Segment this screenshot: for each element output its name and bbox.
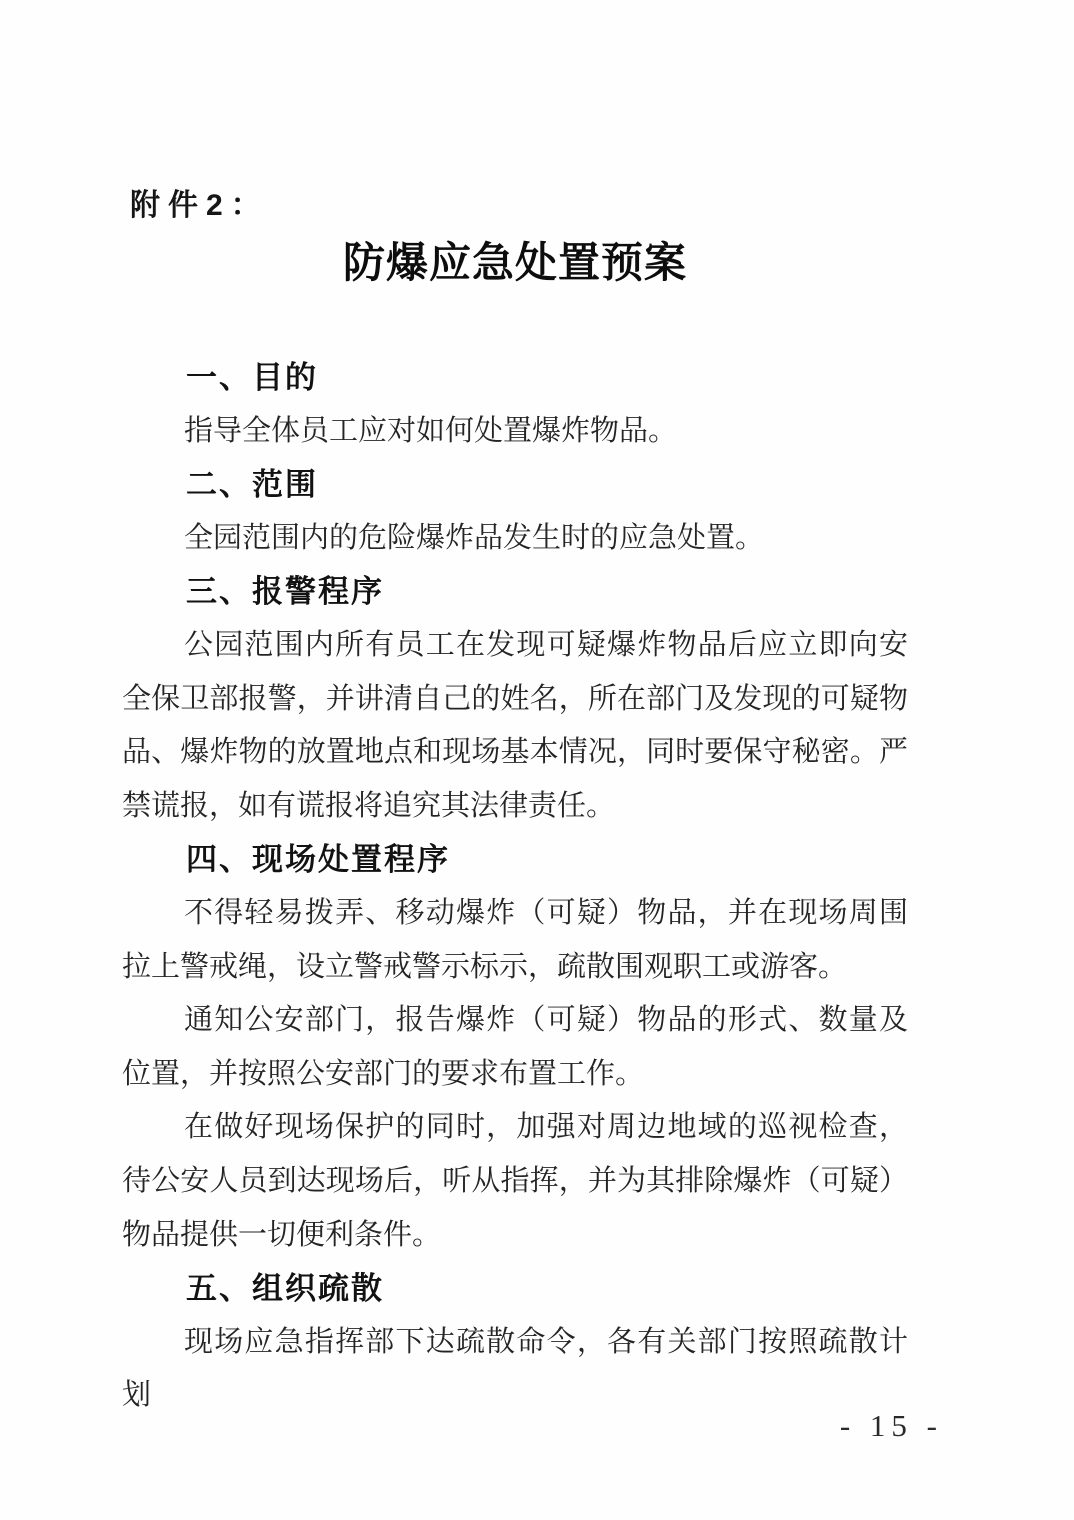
section-paragraph: 全园范围内的危险爆炸品发生时的应急处置。 bbox=[122, 512, 908, 566]
page-number: - 15 - bbox=[840, 1408, 943, 1444]
section-paragraph: 现场应急指挥部下达疏散命令，各有关部门按照疏散计划 bbox=[122, 1316, 908, 1423]
section-paragraph: 通知公安部门，报告爆炸（可疑）物品的形式、数量及位置，并按照公安部门的要求布置工… bbox=[122, 994, 908, 1101]
section-heading-purpose: 一、目的 bbox=[122, 351, 908, 405]
section-paragraph: 在做好现场保护的同时，加强对周边地域的巡视检查，待公安人员到达现场后，听从指挥，… bbox=[122, 1101, 908, 1262]
section-paragraph: 指导全体员工应对如何处置爆炸物品。 bbox=[122, 405, 908, 459]
section-heading-alarm-procedure: 三、报警程序 bbox=[122, 565, 908, 619]
section-heading-scope: 二、范围 bbox=[122, 458, 908, 512]
section-heading-evacuation: 五、组织疏散 bbox=[122, 1262, 908, 1316]
document-body: 一、目的 指导全体员工应对如何处置爆炸物品。 二、范围 全园范围内的危险爆炸品发… bbox=[122, 351, 908, 1423]
section-heading-onsite-procedure: 四、现场处置程序 bbox=[122, 833, 908, 887]
attachment-label: 附件2： bbox=[130, 189, 269, 223]
document-title: 防爆应急处置预案 bbox=[122, 236, 908, 292]
section-paragraph: 公园范围内所有员工在发现可疑爆炸物品后应立即向安全保卫部报警，并讲清自己的姓名，… bbox=[122, 619, 908, 833]
section-paragraph: 不得轻易拨弄、移动爆炸（可疑）物品，并在现场周围拉上警戒绳，设立警戒警示标示，疏… bbox=[122, 887, 908, 994]
document-page: 附件2： 防爆应急处置预案 一、目的 指导全体员工应对如何处置爆炸物品。 二、范… bbox=[0, 0, 1074, 1520]
